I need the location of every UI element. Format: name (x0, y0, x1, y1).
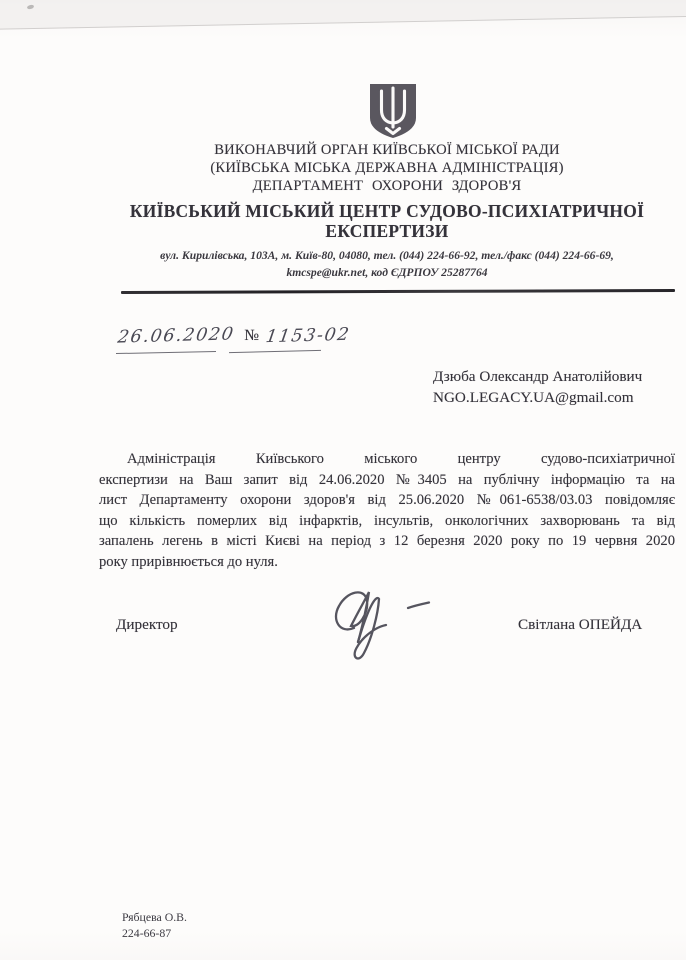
letterhead-divider-rule (121, 289, 675, 294)
recipient-block: Дзюба Олександр Анатолійович NGO.LEGACY.… (433, 367, 642, 408)
address-line-2: kmcspe@ukr.net, код ЄДРПОУ 25287764 (99, 265, 675, 282)
body-line: що кількість померлих від інфарктів, інс… (99, 511, 675, 532)
center-name-line-2: ЕКСПЕРТИЗИ (99, 222, 675, 242)
address-line-1: вул. Кирилівська, 103А, м. Київ-80, 0408… (99, 248, 675, 265)
handwritten-date: 26.06.2020 (116, 324, 236, 347)
body-line: Адміністрація Київського міського центру… (99, 449, 675, 470)
scan-edge-artifact (0, 0, 686, 30)
signer-name: Світлана ОПЕЙДА (518, 616, 642, 634)
letter-body: Адміністрація Київського міського центру… (99, 449, 675, 573)
number-underline (229, 350, 321, 353)
body-line: лист Департаменту охорони здоров'я від 2… (99, 490, 675, 511)
center-name-line-1: КИЇВСЬКИЙ МІСЬКИЙ ЦЕНТР СУДОВО-ПСИХІАТРИ… (99, 202, 675, 222)
reference-line: 26.06.2020№1153-02 (118, 326, 350, 346)
number-sign: № (244, 327, 259, 345)
org-line-3: ДЕПАРТАМЕНТ ОХОРОНИ ЗДОРОВ'Я (99, 177, 675, 195)
body-line: року прирівнюється до нуля. (99, 552, 675, 573)
executor-name: Рябцева О.В. (122, 909, 187, 925)
org-line-1: ВИКОНАВЧИЙ ОРГАН КИЇВСЬКОЇ МІСЬКОЇ РАДИ (99, 141, 675, 159)
org-line-2: (КИЇВСЬКА МІСЬКА ДЕРЖАВНА АДМІНІСТРАЦІЯ) (99, 159, 675, 177)
recipient-name: Дзюба Олександр Анатолійович (433, 367, 642, 388)
executor-phone: 224-66-87 (122, 925, 187, 941)
ukraine-trident-icon (366, 83, 420, 139)
body-line: експертизи на Ваш запит від 24.06.2020 №… (99, 470, 675, 491)
handwritten-signature-mark (318, 578, 448, 670)
signer-position: Директор (116, 616, 178, 634)
body-line: запалень легень в місті Києві на період … (99, 531, 675, 552)
date-underline (116, 351, 216, 354)
recipient-email: NGO.LEGACY.UA@gmail.com (433, 388, 642, 409)
handwritten-number: 1153-02 (264, 325, 351, 347)
scanned-letter-page: ВИКОНАВЧИЙ ОРГАН КИЇВСЬКОЇ МІСЬКОЇ РАДИ … (0, 0, 686, 960)
letterhead-organization: ВИКОНАВЧИЙ ОРГАН КИЇВСЬКОЇ МІСЬКОЇ РАДИ … (99, 141, 675, 195)
letterhead-address: вул. Кирилівська, 103А, м. Київ-80, 0408… (99, 248, 675, 281)
executor-block: Рябцева О.В. 224-66-87 (122, 909, 187, 941)
center-name-title: КИЇВСЬКИЙ МІСЬКИЙ ЦЕНТР СУДОВО-ПСИХІАТРИ… (99, 202, 675, 241)
